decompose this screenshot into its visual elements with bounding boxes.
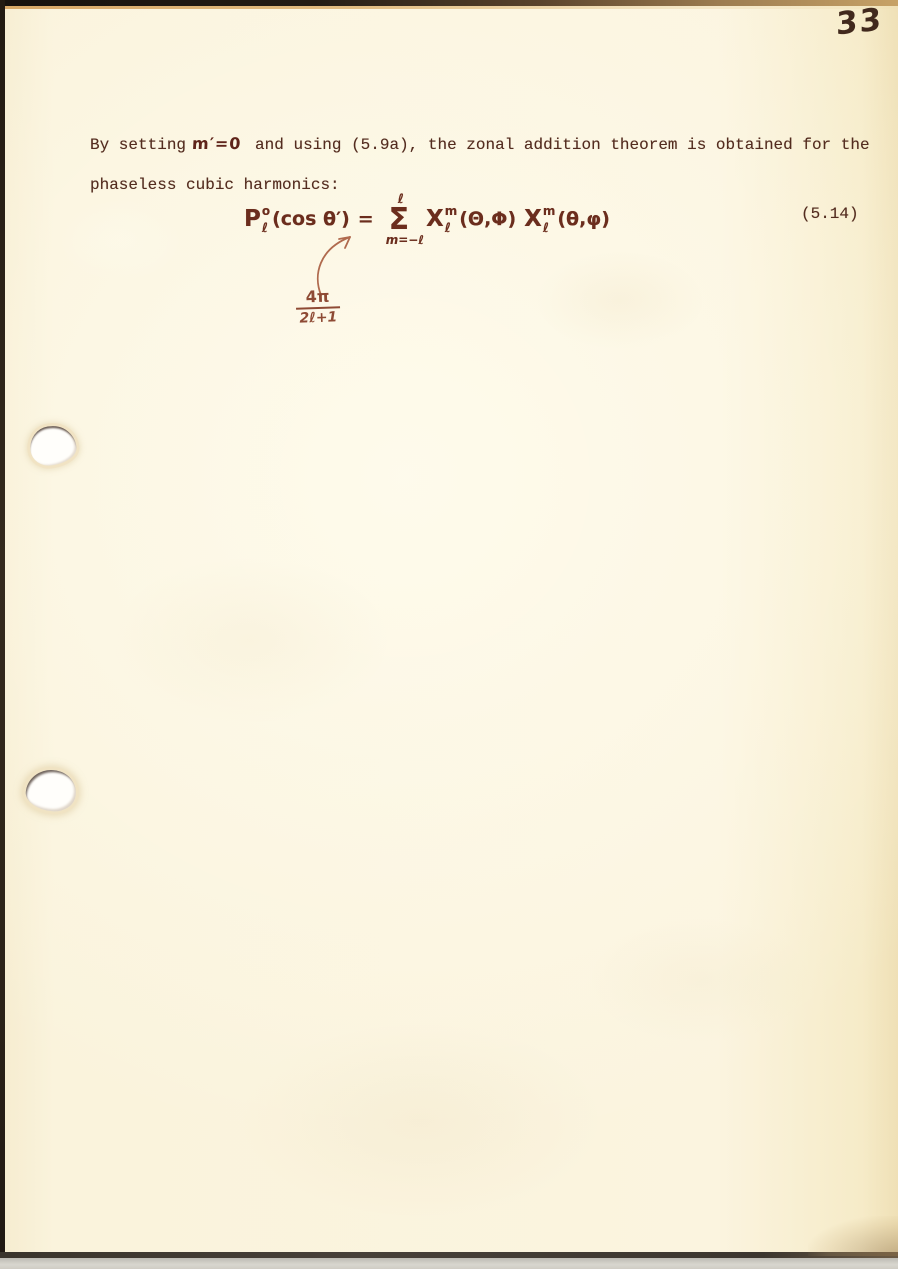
eq-lhs-superscript: o <box>262 205 270 217</box>
page-number: 33 <box>836 1 883 42</box>
equation-number: (5.14) <box>801 205 859 223</box>
annotation-fraction: 4π 2ℓ+1 <box>293 287 342 326</box>
paper-edge-top-line <box>0 6 898 9</box>
handwritten-m-prime-zero: m′=0 <box>192 134 242 153</box>
fraction-denominator: 2ℓ+1 <box>294 309 343 327</box>
eq-lhs-base: P <box>244 208 261 231</box>
scan-edge-left <box>0 0 5 1262</box>
page-corner-curl <box>808 1216 898 1256</box>
body-text-line-2: phaseless cubic harmonics: <box>90 176 340 194</box>
eq-term1-base: X <box>426 208 444 231</box>
scanner-bed-strip <box>0 1258 898 1269</box>
eq-term1-superscript: m <box>445 205 458 217</box>
body-text-line-1: By settingm′=0 and using (5.9a), the zon… <box>90 134 870 154</box>
typed-text-pre: By setting <box>90 136 186 154</box>
eq-lhs-subscript: ℓ <box>262 222 270 235</box>
eq-summation: ℓ Σ m=−ℓ <box>380 193 418 245</box>
eq-term2-base: X <box>524 208 542 231</box>
eq-lhs-argument: (cos θ′) <box>272 210 350 229</box>
eq-sum-lower-limit: m=−ℓ <box>386 234 424 246</box>
eq-sum-upper-limit: ℓ <box>398 193 404 206</box>
eq-term2-argument: (θ,φ) <box>557 210 610 229</box>
sigma-symbol: Σ <box>389 206 410 233</box>
eq-term2-subscript: ℓ <box>543 222 556 235</box>
eq-term1-subscript: ℓ <box>445 222 458 235</box>
eq-term-2: X m ℓ (θ,φ) <box>524 207 610 232</box>
scanned-document: 33 By settingm′=0 and using (5.9a), the … <box>0 0 898 1269</box>
eq-term1-argument: (Θ,Φ) <box>459 210 516 229</box>
eq-term-1: X m ℓ (Θ,Φ) <box>426 207 516 232</box>
typed-text-post: and using (5.9a), the zonal addition the… <box>245 136 869 154</box>
fraction-numerator: 4π <box>293 287 342 306</box>
eq-term2-superscript: m <box>543 205 556 217</box>
